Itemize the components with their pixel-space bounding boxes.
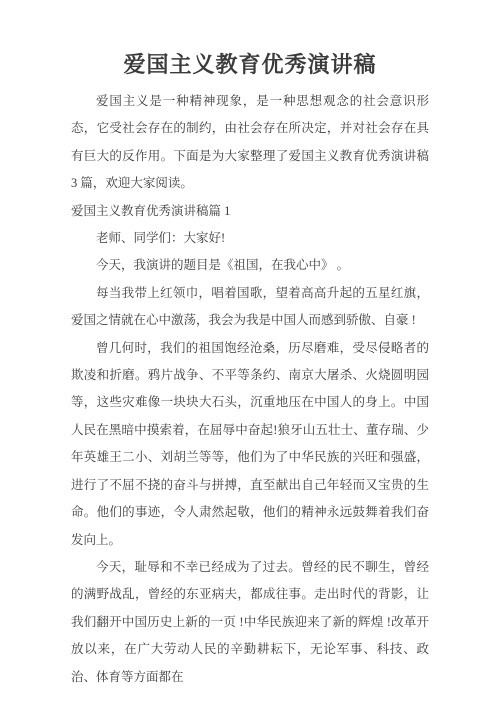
document-body: 爱国主义是一种精神现象，是一种思想观念的社会意识形态，它受社会存在的制约，由社会… [71,88,429,691]
section-heading: 爱国主义教育优秀演讲稿篇 1 [71,198,429,225]
paragraph-body-3-truncated: 今天，耻辱和不幸已经成为了过去。曾经的民不聊生，曾经的满野战乱，曾经的东亚病夫，… [71,554,429,691]
document-page: 爱国主义教育优秀演讲稿 爱国主义是一种精神现象，是一种思想观念的社会意识形态，它… [0,0,500,708]
paragraph-greeting: 老师、同学们：大家好! [71,225,429,252]
paragraph-intro: 爱国主义是一种精神现象，是一种思想观念的社会意识形态，它受社会存在的制约，由社会… [71,88,429,198]
paragraph-speech-topic: 今天，我演讲的题目是《祖国，在我心中》 。 [71,252,429,279]
paragraph-body-2: 曾几何时，我们的祖国饱经沧桑，历尽磨难，受尽侵略者的欺凌和折磨。鸦片战争、不平等… [71,335,429,554]
paragraph-body-1: 每当我带上红领巾，唱着国歌，望着高高升起的五星红旗，爱国之情就在心中激荡，我会为… [71,280,429,335]
document-title: 爱国主义教育优秀演讲稿 [71,48,429,82]
